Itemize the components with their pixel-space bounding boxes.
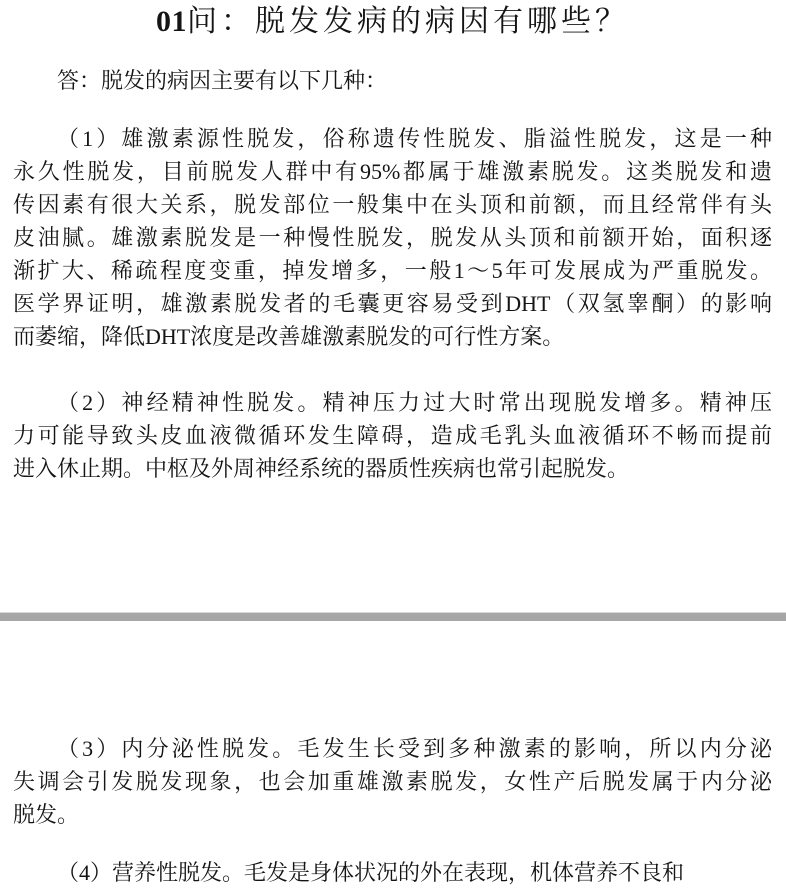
page-break-divider [0, 612, 786, 621]
paragraph-nutritional-alopecia: （4）营养性脱发。毛发是身体状况的外在表现，机体营养不良和 [13, 856, 772, 889]
text-line: 失调会引发脱发现象，也会加重雄激素脱发，女性产后脱发属于内分泌 [13, 765, 772, 798]
text-line: （2）神经精神性脱发。精神压力过大时常出现脱发增多。精神压 [13, 386, 772, 419]
text-line: 力可能导致头皮血液微循环发生障碍，造成毛乳头血液循环不畅而提前 [13, 419, 772, 452]
text-line: （1）雄激素源性脱发，俗称遗传性脱发、脂溢性脱发，这是一种 [13, 122, 772, 155]
text-line: （4）营养性脱发。毛发是身体状况的外在表现，机体营养不良和 [13, 856, 772, 889]
text-line: 进入休止期。中枢及外周神经系统的器质性疾病也常引起脱发。 [13, 452, 772, 485]
text-line: （3）内分泌性脱发。毛发生长受到多种激素的影响，所以内分泌 [13, 732, 772, 765]
paragraph-neuropsychiatric-alopecia: （2）神经精神性脱发。精神压力过大时常出现脱发增多。精神压 力可能导致头皮血液微… [13, 386, 772, 485]
text-line: 而萎缩，降低DHT浓度是改善雄激素脱发的可行性方案。 [13, 320, 772, 353]
text-line: 渐扩大、稀疏程度变重，掉发增多，一般1～5年可发展成为严重脱发。 [13, 254, 772, 287]
page-title: 01问：脱发发病的病因有哪些？ [13, 0, 772, 42]
text-line: 传因素有很大关系，脱发部位一般集中在头顶和前额，而且经常伴有头 [13, 188, 772, 221]
paragraph-androgenic-alopecia: （1）雄激素源性脱发，俗称遗传性脱发、脂溢性脱发，这是一种 永久性脱发，目前脱发… [13, 122, 772, 353]
text-line: 皮油腻。雄激素脱发是一种慢性脱发，脱发从头顶和前额开始，面积逐 [13, 221, 772, 254]
document-page: 01问：脱发发病的病因有哪些？ 答：脱发的病因主要有以下几种： （1）雄激素源性… [0, 0, 786, 889]
text-line: 永久性脱发，目前脱发人群中有95%都属于雄激素脱发。这类脱发和遗 [13, 155, 772, 188]
answer-intro: 答：脱发的病因主要有以下几种： [13, 64, 772, 97]
question-number: 01 [156, 5, 187, 38]
paragraph-endocrine-alopecia: （3）内分泌性脱发。毛发生长受到多种激素的影响，所以内分泌 失调会引发脱发现象，… [13, 732, 772, 831]
text-line: 医学界证明，雄激素脱发者的毛囊更容易受到DHT（双氢睾酮）的影响 [13, 287, 772, 320]
question-title-text: 问：脱发发病的病因有哪些？ [187, 5, 629, 38]
text-line: 脱发。 [13, 798, 772, 831]
